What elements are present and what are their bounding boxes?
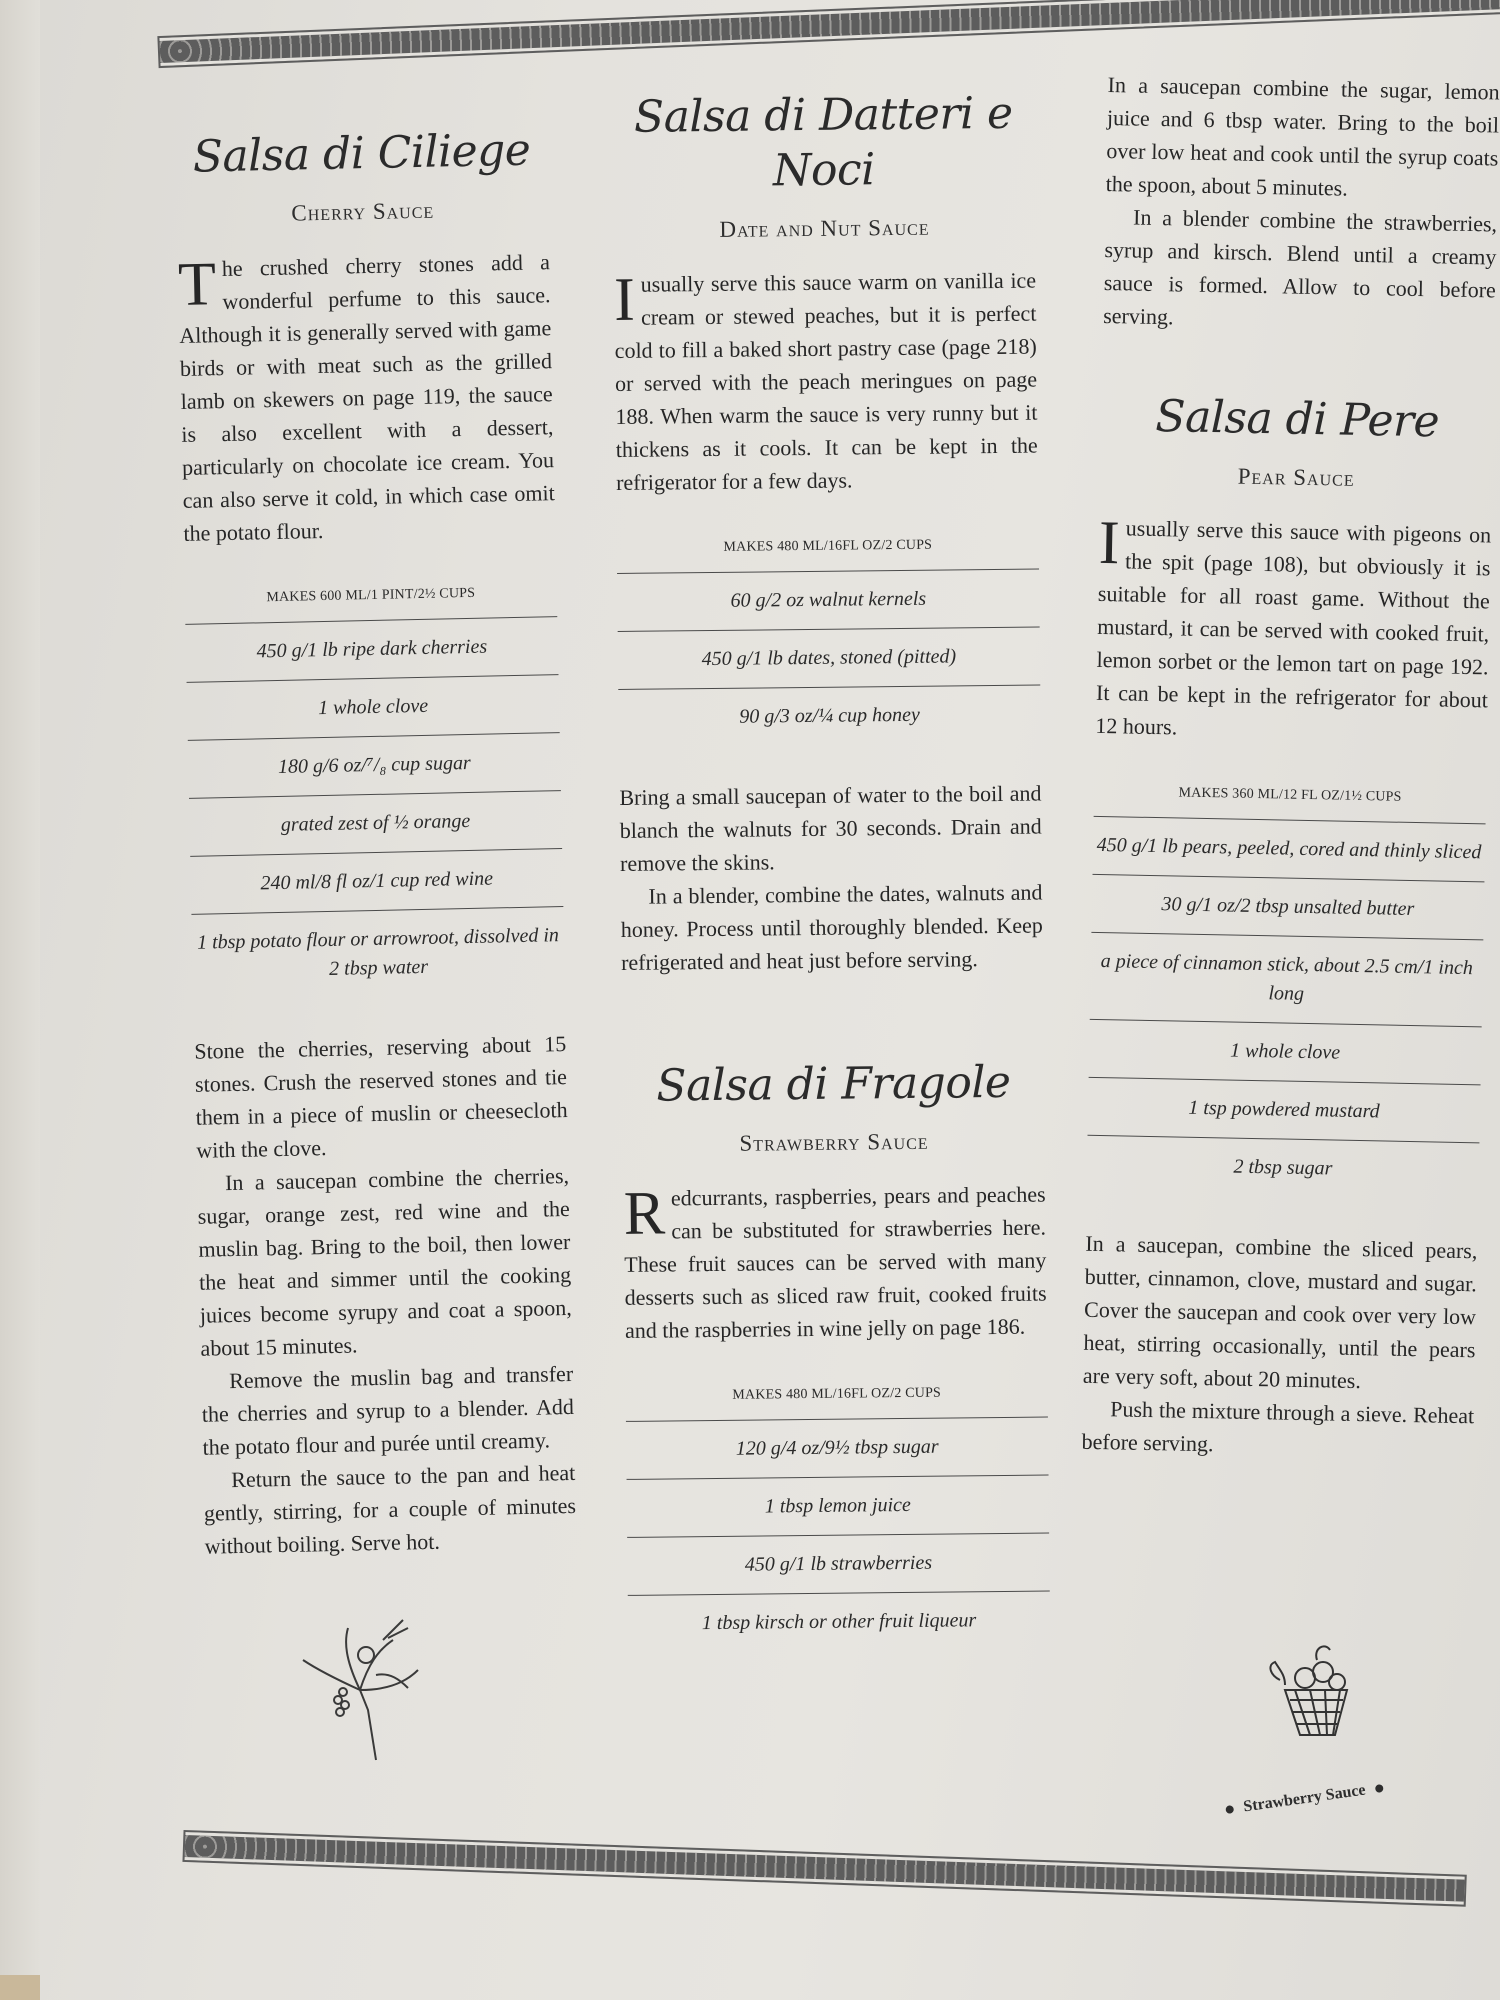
ingredient-item: 30 g/1 oz/2 tbsp unsalted butter (1091, 875, 1484, 941)
method-step: Bring a small saucepan of water to the b… (619, 777, 1042, 880)
ingredient-item: 90 g/3 oz/¼ cup honey (618, 686, 1041, 747)
method-step: Return the sauce to the pan and heat gen… (203, 1456, 577, 1563)
method-step: In a saucepan combine the sugar, lemon j… (1105, 68, 1499, 208)
recipe-method-continued: In a saucepan combine the sugar, lemon j… (1103, 68, 1500, 339)
fruit-basket-illustration-icon (1255, 1640, 1365, 1740)
recipe-intro: I usually serve this sauce with pigeons … (1095, 511, 1491, 749)
ingredient-item: 180 g/6 oz/⁷/₈ cup sugar (188, 733, 561, 799)
method-step: Push the mixture through a sieve. Reheat… (1081, 1392, 1474, 1466)
column-cherry-sauce: Salsa di Ciliege Cherry Sauce The crushe… (175, 122, 577, 1562)
ingredient-item: 1 whole clove (1089, 1020, 1482, 1086)
recipe-subtitle: Strawberry Sauce (623, 1128, 1045, 1158)
method-step: In a saucepan combine the cherries, suga… (197, 1159, 573, 1365)
ingredient-item: 1 tbsp potato flour or arrowroot, dissol… (191, 907, 565, 1001)
ingredient-list: 450 g/1 lb ripe dark cherries 1 whole cl… (185, 617, 565, 1001)
recipe-title: Salsa di Ciliege (175, 122, 548, 185)
intro-text: usually serve this sauce with pigeons on… (1095, 515, 1491, 739)
recipe-subtitle: Pear Sauce (1100, 461, 1492, 495)
drop-cap: I (614, 274, 635, 326)
ingredient-item: 120 g/4 oz/9½ tbsp sugar (626, 1418, 1049, 1480)
drop-cap: T (178, 258, 217, 311)
recipe-title: Salsa di Datteri e Noci (612, 86, 1035, 200)
ingredient-item: 1 whole clove (187, 675, 560, 741)
method-step: Remove the muslin bag and transfer the c… (201, 1357, 575, 1464)
page-stack-edge (0, 0, 41, 1975)
intro-text: usually serve this sauce warm on vanilla… (615, 268, 1038, 495)
recipe-subtitle: Date and Nut Sauce (613, 214, 1035, 244)
recipe-title: Salsa di Fragole (622, 1055, 1045, 1114)
method-step: In a blender combine the strawberries, s… (1103, 200, 1497, 340)
ingredient-item: 1 tbsp lemon juice (627, 1476, 1050, 1538)
ingredient-list: 450 g/1 lb pears, peeled, cored and thin… (1086, 817, 1485, 1200)
bullet-icon (1225, 1805, 1234, 1814)
ingredient-item: 1 tsp powdered mustard (1087, 1078, 1480, 1144)
drop-cap: I (1098, 517, 1120, 569)
ingredient-item: 1 tbsp kirsch or other fruit liqueur (628, 1591, 1051, 1652)
column-date-strawberry: Salsa di Datteri e Noci Date and Nut Sau… (612, 86, 1051, 1687)
ingredient-item: 450 g/1 lb ripe dark cherries (185, 617, 558, 683)
recipe-intro: I usually serve this sauce warm on vanil… (614, 264, 1038, 499)
ingredient-item: a piece of cinnamon stick, about 2.5 cm/… (1090, 933, 1484, 1028)
recipe-intro: Redcurrants, raspberries, pears and peac… (623, 1178, 1047, 1347)
ingredient-list: 120 g/4 oz/9½ tbsp sugar 1 tbsp lemon ju… (626, 1418, 1050, 1653)
method-step: In a blender, combine the dates, walnuts… (620, 876, 1043, 979)
recipe-method: Bring a small saucepan of water to the b… (619, 777, 1043, 979)
recipe-intro: The crushed cherry stones add a wonderfu… (178, 245, 556, 550)
flower-sprig-illustration-icon (298, 1610, 428, 1770)
ingredient-item: 450 g/1 lb strawberries (627, 1534, 1050, 1596)
intro-text: he crushed cherry stones add a wonderful… (179, 249, 555, 546)
method-step: In a saucepan, combine the sliced pears,… (1083, 1227, 1478, 1399)
ingredient-list: 60 g/2 oz walnut kernels 450 g/1 lb date… (617, 570, 1041, 747)
bullet-icon (1375, 1784, 1384, 1793)
yield-line: MAKES 480 ML/16FL OZ/2 CUPS (626, 1385, 1048, 1422)
yield-line: MAKES 480 ML/16FL OZ/2 CUPS (617, 537, 1039, 574)
method-step: Stone the cherries, reserving about 15 s… (194, 1027, 569, 1167)
ingredient-item: 450 g/1 lb dates, stoned (pitted) (618, 628, 1041, 690)
drop-cap: R (623, 1188, 665, 1240)
recipe-method: Stone the cherries, reserving about 15 s… (194, 1027, 577, 1563)
ingredient-item: 450 g/1 lb pears, peeled, cored and thin… (1093, 817, 1486, 883)
intro-text: edcurrants, raspberries, pears and peach… (624, 1182, 1047, 1343)
recipe-title: Salsa di Pere (1101, 388, 1494, 451)
ingredient-item: grated zest of ½ orange (189, 791, 562, 857)
ingredient-item: 240 ml/8 fl oz/1 cup red wine (190, 849, 563, 915)
column-pear-sauce: In a saucepan combine the sugar, lemon j… (1081, 68, 1500, 1465)
ingredient-item: 60 g/2 oz walnut kernels (617, 570, 1040, 632)
recipe-method: In a saucepan, combine the sliced pears,… (1081, 1227, 1477, 1465)
ingredient-item: 2 tbsp sugar (1086, 1136, 1479, 1201)
recipe-subtitle: Cherry Sauce (177, 195, 549, 229)
